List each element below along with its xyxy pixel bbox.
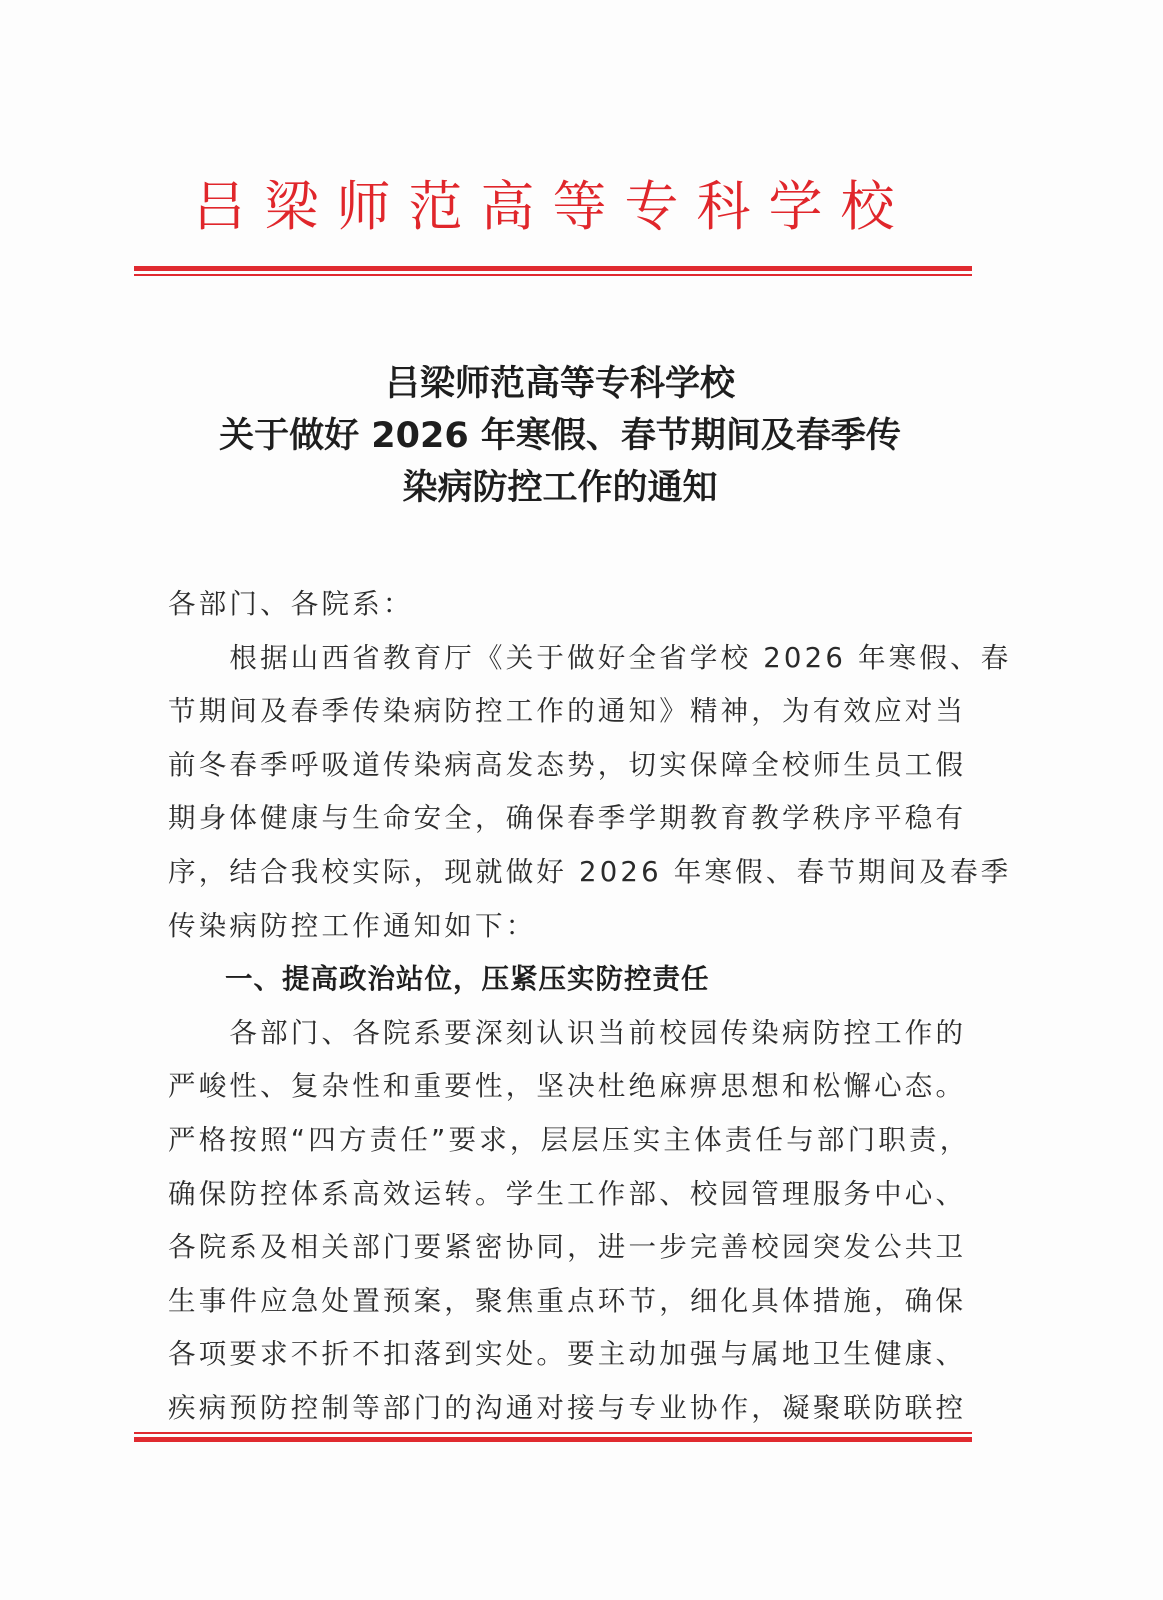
document-page: 吕梁师范高等专科学校 吕梁师范高等专科学校 关于做好 2026 年寒假、春节期间…	[0, 0, 1163, 1600]
paragraph-line: 节期间及春季传染病防控工作的通知》精神，为有效应对当	[168, 685, 938, 739]
footer-red-double-rule	[134, 1432, 972, 1442]
paragraph-line: 严格按照“四方责任”要求，层层压实主体责任与部门职责，	[168, 1114, 938, 1168]
document-title-line-1: 吕梁师范高等专科学校	[160, 358, 960, 410]
paragraph-line: 确保防控体系高效运转。学生工作部、校园管理服务中心、	[168, 1168, 938, 1222]
paragraph-line: 各部门、各院系要深刻认识当前校园传染病防控工作的	[168, 1007, 938, 1061]
salutation: 各部门、各院系：	[168, 578, 938, 632]
paragraph-line: 各项要求不折不扣落到实处。要主动加强与属地卫生健康、	[168, 1328, 938, 1382]
document-title-line-2: 关于做好 2026 年寒假、春节期间及春季传	[160, 410, 960, 462]
section-heading-1: 一、提高政治站位，压紧压实防控责任	[168, 953, 938, 1007]
masthead-red-double-rule	[134, 266, 972, 276]
paragraph-line: 根据山西省教育厅《关于做好全省学校 2026 年寒假、春	[168, 632, 938, 686]
paragraph-line: 序，结合我校实际，现就做好 2026 年寒假、春节期间及春季	[168, 846, 938, 900]
rule-thick-line	[134, 1437, 972, 1442]
masthead-org-name: 吕梁师范高等专科学校	[135, 172, 970, 242]
rule-thin-line	[134, 274, 972, 276]
document-body: 各部门、各院系： 根据山西省教育厅《关于做好全省学校 2026 年寒假、春 节期…	[168, 578, 938, 1436]
document-title-line-3: 染病防控工作的通知	[160, 462, 960, 514]
paragraph-line: 疾病预防控制等部门的沟通对接与专业协作，凝聚联防联控	[168, 1382, 938, 1436]
paragraph-line: 期身体健康与生命安全，确保春季学期教育教学秩序平稳有	[168, 792, 938, 846]
paragraph-line: 前冬春季呼吸道传染病高发态势，切实保障全校师生员工假	[168, 739, 938, 793]
paragraph-line: 传染病防控工作通知如下：	[168, 900, 938, 954]
paragraph-line: 严峻性、复杂性和重要性，坚决杜绝麻痹思想和松懈心态。	[168, 1060, 938, 1114]
paragraph-line: 各院系及相关部门要紧密协同，进一步完善校园突发公共卫	[168, 1221, 938, 1275]
paragraph-line: 生事件应急处置预案，聚焦重点环节，细化具体措施，确保	[168, 1275, 938, 1329]
